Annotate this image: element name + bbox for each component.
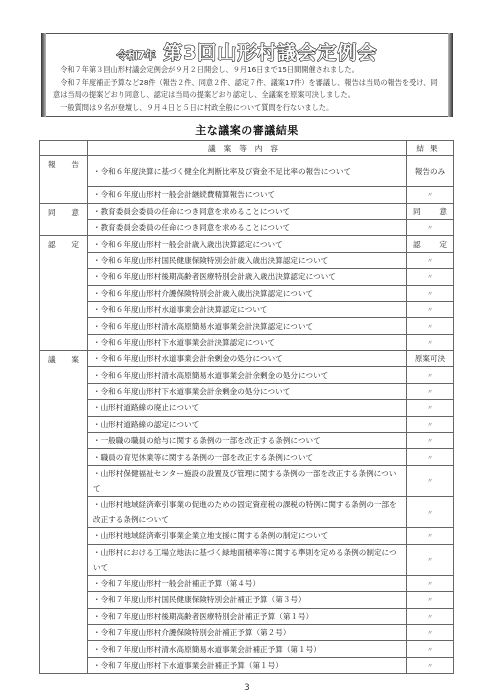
table-row: ・令和６年度山形村清水高原簡易水道事業会計決算認定について〃 — [40, 318, 454, 334]
result-label: 同意 — [413, 207, 447, 216]
table-row: ・職員の育児休業等に関する条例の一部を改正する条例について〃 — [40, 449, 454, 465]
item-content: ・令和７年度山形村後期高齢者医療特別会計補正予算（第１号） — [88, 608, 407, 624]
item-content: ・山形村保健福祉センター施設の設置及び管理に関する条例の一部を改正する条例につい… — [88, 465, 407, 496]
table-row: ・教育委員会委員の任命につき同意を求めることについて〃 — [40, 219, 454, 235]
item-content: ・山形村における工場立地法に基づく緑地面積率等に関する準則を定める条例の制定につ… — [88, 544, 407, 575]
table-row: ・令和７年度山形村後期高齢者医療特別会計補正予算（第１号）〃 — [40, 608, 454, 624]
table-row: ・令和７年度山形村下水道事業会計補正予算（第１号）〃 — [40, 657, 454, 673]
item-result: 〃 — [407, 285, 454, 301]
ditto-mark: 〃 — [427, 663, 433, 670]
ditto-mark: 〃 — [427, 557, 433, 564]
category-cell: 同意 — [40, 203, 88, 236]
table-row: ・令和７年度山形村清水高原簡易水道事業会計補正予算（第１号）〃 — [40, 641, 454, 657]
category-label: 議案 — [48, 354, 79, 365]
column-header-category — [40, 141, 88, 156]
session-summary-box: 令和7年第3回山形村議会定例会 令和７年第３回山形村議会定例会が９月２日開会し、… — [41, 33, 453, 117]
item-content: ・山形村道路線の廃止について — [88, 400, 407, 416]
intro-paragraph: 令和７年第３回山形村議会定例会が９月２日開会し、９月16日まで15日間開催されま… — [53, 64, 443, 77]
item-result: 〃 — [407, 641, 454, 657]
table-row: 議案・令和６年度山形村水道事業会計余剰金の処分について原案可決 — [40, 351, 454, 367]
ditto-mark: 〃 — [427, 478, 433, 485]
ditto-mark: 〃 — [427, 324, 433, 331]
ditto-mark: 〃 — [427, 455, 433, 462]
results-table-body: 議案等内容 結果 報告・令和６年度決算に基づく健全化判断比率及び資金不足比率の報… — [40, 141, 454, 674]
item-content: ・山形村地域経済牽引事業の促進のための固定資産税の課税の特例に関する条例の一部を… — [88, 497, 407, 528]
table-row: ・令和６年度山形村国民健康保険特別会計歳入歳出決算認定について〃 — [40, 252, 454, 268]
ditto-mark: 〃 — [427, 422, 433, 429]
section-title: 主な議案の審議結果 — [0, 122, 494, 138]
item-result: 〃 — [407, 301, 454, 317]
item-content: ・令和６年度山形村下水道事業会計決算認定について — [88, 334, 407, 350]
ditto-mark: 〃 — [427, 192, 433, 199]
item-content: ・山形村道路線の認定について — [88, 416, 407, 432]
intro-paragraph: 令和７年度補正予算など28件（報告２件、同意２件、認定７件、議案17件）を審議し… — [53, 77, 443, 102]
table-row: ・令和６年度山形村水道事業会計決算認定について〃 — [40, 301, 454, 317]
item-content: ・令和６年度山形村清水高原簡易水道事業会計余剰金の処分について — [88, 367, 407, 383]
session-name: 第3回山形村議会定例会 — [163, 42, 377, 64]
session-title: 令和7年第3回山形村議会定例会 — [41, 38, 453, 65]
ditto-mark: 〃 — [427, 389, 433, 396]
ditto-mark: 〃 — [427, 533, 433, 540]
column-header-content: 議案等内容 — [88, 141, 407, 156]
session-year: 令和7年 — [117, 49, 156, 62]
table-row: 認定・令和６年度山形村一般会計歳入歳出決算認定について認定 — [40, 236, 454, 252]
item-content: ・令和６年度山形村後期高齢者医療特別会計歳入歳出決算認定について — [88, 269, 407, 285]
ditto-mark: 〃 — [427, 258, 433, 265]
ditto-mark: 〃 — [427, 614, 433, 621]
item-result: 〃 — [407, 318, 454, 334]
item-content: ・令和６年度山形村一般会計歳入歳出決算認定について — [88, 236, 407, 252]
item-result: 原案可決 — [407, 351, 454, 367]
item-result: 〃 — [407, 334, 454, 350]
table-row: ・令和６年度山形村下水道事業会計決算認定について〃 — [40, 334, 454, 350]
item-result: 〃 — [407, 219, 454, 235]
table-header-row: 議案等内容 結果 — [40, 141, 454, 156]
table-row: ・山形村地域経済牽引事業企業立地支援に関する条例の制定について〃 — [40, 528, 454, 544]
table-row: ・山形村道路線の認定について〃 — [40, 416, 454, 432]
result-label: 原案可決 — [415, 354, 445, 363]
item-result: 〃 — [407, 575, 454, 591]
category-cell: 報告 — [40, 156, 88, 204]
item-result: 〃 — [407, 592, 454, 608]
item-content: ・令和６年度山形村一般会計継続費精算報告について — [88, 187, 407, 203]
item-content: ・令和７年度山形村介護保険特別会計補正予算（第２号） — [88, 624, 407, 640]
table-row: 同意・教育委員会委員の任命につき同意を求めることについて同意 — [40, 203, 454, 219]
category-label: 認定 — [48, 239, 79, 250]
table-row: ・令和６年度山形村介護保険特別会計歳入歳出決算認定について〃 — [40, 285, 454, 301]
item-content: ・令和７年度山形村清水高原簡易水道事業会計補正予算（第１号） — [88, 641, 407, 657]
item-result: 〃 — [407, 465, 454, 496]
column-header-result: 結果 — [407, 141, 454, 156]
item-content: ・令和７年度山形村下水道事業会計補正予算（第１号） — [88, 657, 407, 673]
item-result: 同意 — [407, 203, 454, 219]
session-intro: 令和７年第３回山形村議会定例会が９月２日開会し、９月16日まで15日間開催されま… — [53, 64, 443, 114]
item-content: ・山形村地域経済牽引事業企業立地支援に関する条例の制定について — [88, 528, 407, 544]
item-content: ・令和７年度山形村国民健康保険特別会計補正予算（第３号） — [88, 592, 407, 608]
table-row: ・令和７年度山形村介護保険特別会計補正予算（第２号）〃 — [40, 624, 454, 640]
item-content: ・令和６年度山形村下水道事業会計余剰金の処分について — [88, 383, 407, 399]
result-label: 報告のみ — [415, 167, 445, 176]
table-row: ・山形村における工場立地法に基づく緑地面積率等に関する準則を定める条例の制定につ… — [40, 544, 454, 575]
table-row: ・令和６年度山形村清水高原簡易水道事業会計余剰金の処分について〃 — [40, 367, 454, 383]
item-result: 〃 — [407, 544, 454, 575]
ditto-mark: 〃 — [427, 581, 433, 588]
item-content: ・一般職の職員の給与に関する条例の一部を改正する条例について — [88, 433, 407, 449]
ditto-mark: 〃 — [427, 438, 433, 445]
item-result: 報告のみ — [407, 156, 454, 187]
item-result: 〃 — [407, 433, 454, 449]
item-result: 〃 — [407, 528, 454, 544]
result-label: 認定 — [413, 240, 447, 249]
ditto-mark: 〃 — [427, 510, 433, 517]
table-row: ・山形村地域経済牽引事業の促進のための固定資産税の課税の特例に関する条例の一部を… — [40, 497, 454, 528]
ditto-mark: 〃 — [427, 597, 433, 604]
item-result: 認定 — [407, 236, 454, 252]
item-content: ・職員の育児休業等に関する条例の一部を改正する条例について — [88, 449, 407, 465]
ditto-mark: 〃 — [427, 307, 433, 314]
item-content: ・令和６年度山形村水道事業会計余剰金の処分について — [88, 351, 407, 367]
item-result: 〃 — [407, 383, 454, 399]
item-result: 〃 — [407, 624, 454, 640]
ditto-mark: 〃 — [427, 630, 433, 637]
category-cell: 認定 — [40, 236, 88, 351]
item-content: ・令和７年度山形村一般会計補正予算（第４号） — [88, 575, 407, 591]
ditto-mark: 〃 — [427, 274, 433, 281]
item-result: 〃 — [407, 367, 454, 383]
item-result: 〃 — [407, 657, 454, 673]
category-cell: 議案 — [40, 351, 88, 674]
item-result: 〃 — [407, 269, 454, 285]
table-row: ・令和７年度山形村国民健康保険特別会計補正予算（第３号）〃 — [40, 592, 454, 608]
item-result: 〃 — [407, 449, 454, 465]
intro-paragraph: 一般質問は９名が登壇し、９月４日と５日に村政全般について質問を行ないました。 — [53, 102, 443, 115]
ditto-mark: 〃 — [427, 647, 433, 654]
ditto-mark: 〃 — [427, 340, 433, 347]
table-row: ・令和６年度山形村一般会計継続費精算報告について〃 — [40, 187, 454, 203]
item-result: 〃 — [407, 252, 454, 268]
item-result: 〃 — [407, 497, 454, 528]
ditto-mark: 〃 — [427, 225, 433, 232]
ditto-mark: 〃 — [427, 405, 433, 412]
item-result: 〃 — [407, 416, 454, 432]
item-result: 〃 — [407, 187, 454, 203]
page-number: 3 — [0, 683, 494, 693]
table-row: ・山形村保健福祉センター施設の設置及び管理に関する条例の一部を改正する条例につい… — [40, 465, 454, 496]
table-row: 報告・令和６年度決算に基づく健全化判断比率及び資金不足比率の報告について報告のみ — [40, 156, 454, 187]
table-row: ・令和６年度山形村下水道事業会計余剰金の処分について〃 — [40, 383, 454, 399]
results-table: 議案等内容 結果 報告・令和６年度決算に基づく健全化判断比率及び資金不足比率の報… — [39, 140, 454, 674]
item-content: ・令和６年度山形村水道事業会計決算認定について — [88, 301, 407, 317]
item-content: ・令和６年度山形村介護保険特別会計歳入歳出決算認定について — [88, 285, 407, 301]
table-row: ・一般職の職員の給与に関する条例の一部を改正する条例について〃 — [40, 433, 454, 449]
item-result: 〃 — [407, 400, 454, 416]
item-content: ・令和６年度決算に基づく健全化判断比率及び資金不足比率の報告について — [88, 156, 407, 187]
ditto-mark: 〃 — [427, 373, 433, 380]
category-label: 同意 — [48, 207, 79, 218]
item-content: ・教育委員会委員の任命につき同意を求めることについて — [88, 219, 407, 235]
item-result: 〃 — [407, 608, 454, 624]
table-row: ・令和６年度山形村後期高齢者医療特別会計歳入歳出決算認定について〃 — [40, 269, 454, 285]
ditto-mark: 〃 — [427, 291, 433, 298]
item-content: ・令和６年度山形村清水高原簡易水道事業会計決算認定について — [88, 318, 407, 334]
item-content: ・教育委員会委員の任命につき同意を求めることについて — [88, 203, 407, 219]
category-label: 報告 — [48, 159, 79, 170]
table-row: ・令和７年度山形村一般会計補正予算（第４号）〃 — [40, 575, 454, 591]
table-row: ・山形村道路線の廃止について〃 — [40, 400, 454, 416]
item-content: ・令和６年度山形村国民健康保険特別会計歳入歳出決算認定について — [88, 252, 407, 268]
